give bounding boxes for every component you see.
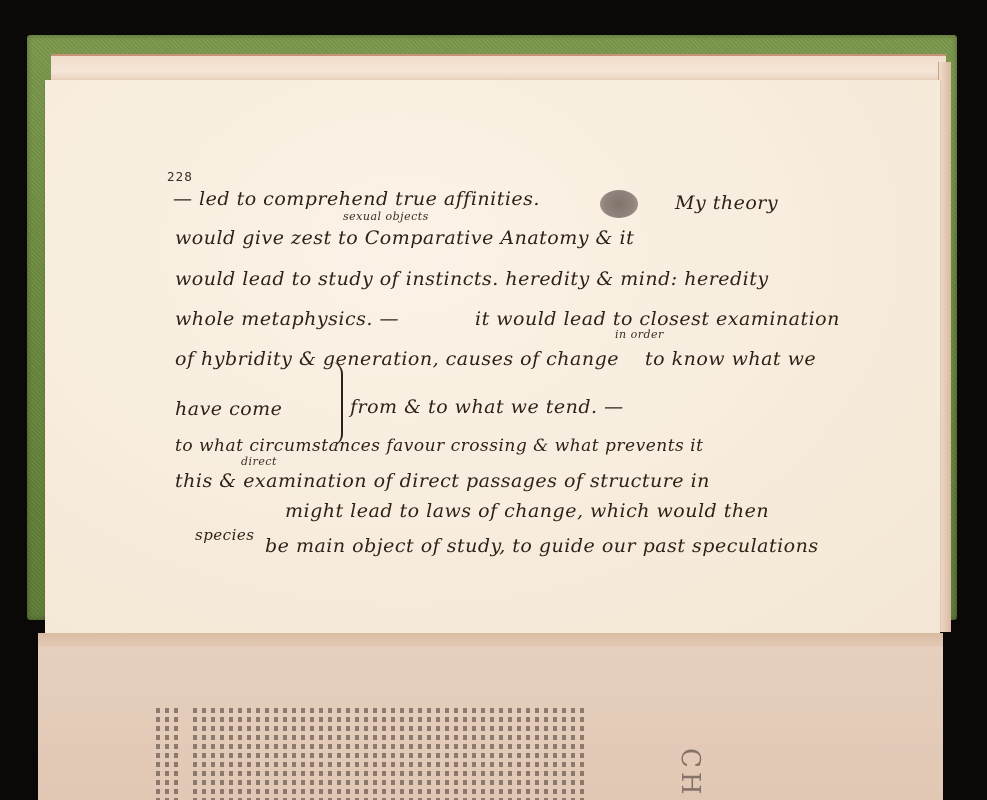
reflected-text-column (193, 708, 197, 800)
reflected-text-column (355, 708, 359, 800)
reflected-text-column (553, 708, 557, 800)
reflected-text-column (310, 708, 314, 800)
reflected-text-column (174, 708, 178, 800)
reflected-text-column (283, 708, 287, 800)
reflected-text-column (319, 708, 323, 800)
handwritten-line: whole metaphysics. — (175, 308, 399, 330)
reflected-text-column (292, 708, 296, 800)
handwritten-line: this & examination of direct passages of… (175, 470, 710, 492)
notebook-page: 228 — led to comprehend true affinities.… (45, 80, 940, 633)
reflected-text-column (265, 708, 269, 800)
reflected-text-column (409, 708, 413, 800)
reflected-text-column (472, 708, 476, 800)
interlinear-note: sexual objects (343, 210, 429, 223)
bracket-mark (327, 362, 343, 446)
page-fold-shadow (38, 633, 943, 647)
reflected-text-column (337, 708, 341, 800)
handwritten-line: it would lead to closest examination (475, 308, 840, 330)
handwritten-line: — led to comprehend true affinities. (173, 188, 540, 210)
handwritten-line: to know what we (645, 348, 816, 370)
reflected-text-column (165, 708, 169, 800)
interlinear-note: direct (241, 455, 277, 468)
reflected-text-column (571, 708, 575, 800)
handwritten-line: would give zest to Comparative Anatomy &… (175, 227, 634, 249)
reflected-text-column (247, 708, 251, 800)
page-number: 228 (167, 170, 193, 184)
reflected-text-column (301, 708, 305, 800)
handwritten-line: species (195, 526, 254, 544)
reflected-text-column (508, 708, 512, 800)
reflected-text-column (382, 708, 386, 800)
reflected-text-column (391, 708, 395, 800)
ink-blot (600, 190, 638, 218)
reflected-text-column (373, 708, 377, 800)
handwritten-line: to what circumstances favour crossing & … (175, 436, 703, 456)
reflected-text-column (526, 708, 530, 800)
reflected-text-column (400, 708, 404, 800)
reflected-text-column (490, 708, 494, 800)
reflected-text-column (202, 708, 206, 800)
reflected-text-column (328, 708, 332, 800)
reflected-text-column (562, 708, 566, 800)
reflected-text-column (427, 708, 431, 800)
reflected-text-column (238, 708, 242, 800)
reflected-text-column (499, 708, 503, 800)
reflected-text-column (364, 708, 368, 800)
reflected-chapter-heading: CH (675, 748, 705, 799)
reflected-text-column (220, 708, 224, 800)
reflected-text-column (463, 708, 467, 800)
reflected-text-column (535, 708, 539, 800)
facing-page-reflection (38, 633, 943, 800)
reflected-text-column (156, 708, 160, 800)
reflected-text-column (517, 708, 521, 800)
handwritten-line: have come (175, 398, 282, 420)
reflected-text-column (418, 708, 422, 800)
handwritten-line: from & to what we tend. — (350, 396, 624, 418)
handwritten-line: of hybridity & generation, causes of cha… (175, 348, 619, 370)
reflected-text-column (436, 708, 440, 800)
reflected-text-column (346, 708, 350, 800)
reflected-text-column (544, 708, 548, 800)
handwritten-line: My theory (675, 192, 778, 214)
reflected-text-column (229, 708, 233, 800)
handwritten-line: be main object of study, to guide our pa… (265, 535, 819, 557)
reflected-text-column (256, 708, 260, 800)
reflected-text-column (211, 708, 215, 800)
reflected-text-column (454, 708, 458, 800)
reflected-text-column (274, 708, 278, 800)
reflected-text-column (580, 708, 584, 800)
handwritten-line: might lead to laws of change, which woul… (285, 500, 769, 522)
reflected-text-column (481, 708, 485, 800)
interlinear-note: in order (615, 328, 664, 341)
handwritten-line: would lead to study of instincts. heredi… (175, 268, 769, 290)
reflected-text-column (445, 708, 449, 800)
